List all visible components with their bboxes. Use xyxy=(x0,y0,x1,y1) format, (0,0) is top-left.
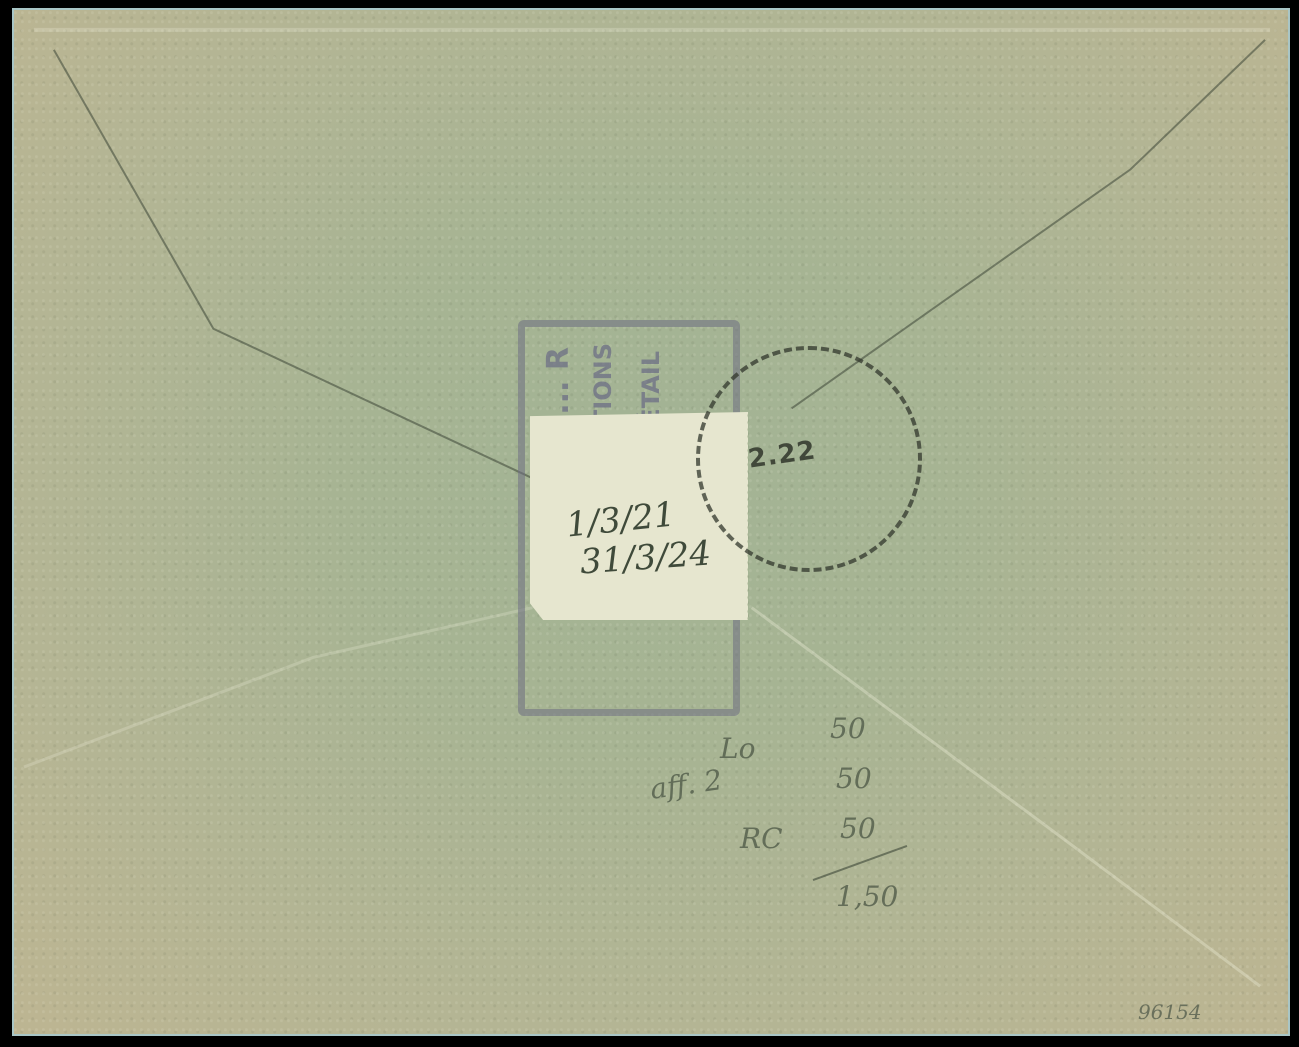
note-line-3-right: 50 xyxy=(840,812,876,845)
note-line-2-right: 50 xyxy=(836,762,872,795)
inventory-number: 96154 xyxy=(1138,1000,1202,1024)
note-line-1-left: Lo xyxy=(720,732,755,765)
note-line-3-left: RC xyxy=(740,822,783,855)
note-total: 1,50 xyxy=(836,880,898,913)
note-line-1-right: 50 xyxy=(830,712,866,745)
